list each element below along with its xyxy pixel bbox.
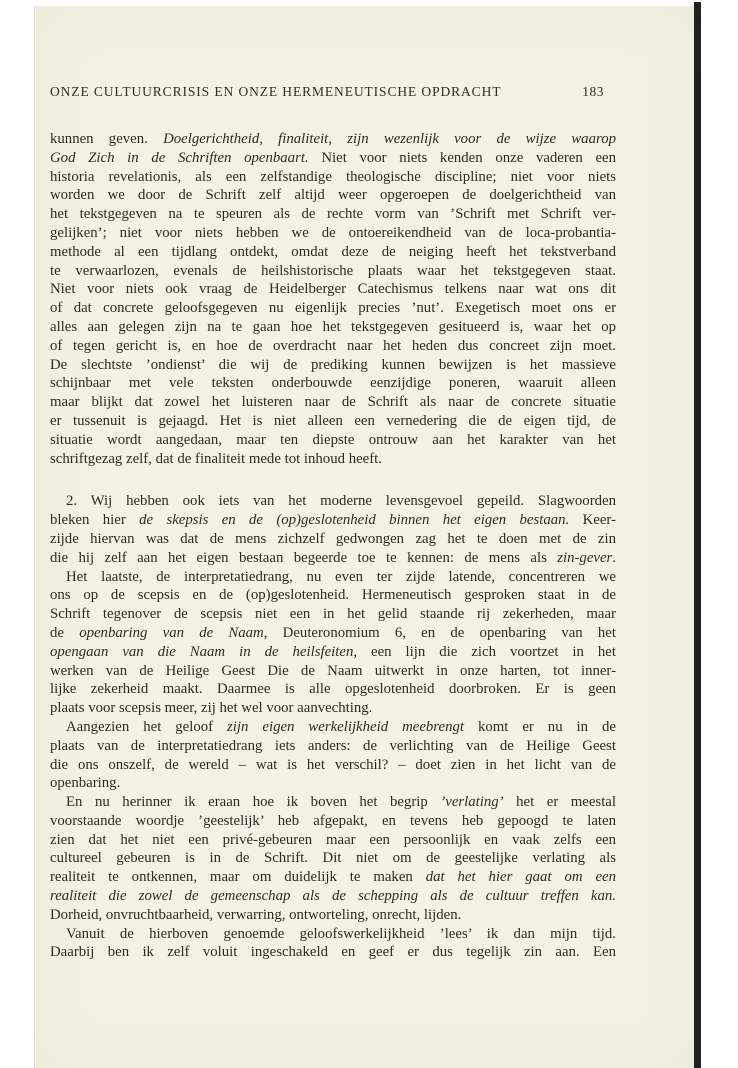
- italic-run: realiteit die zowel de gemeenschap als d…: [50, 888, 616, 904]
- italic-run: zijn eigen werkelijkheid meebrengt: [227, 719, 464, 735]
- text-run: methode al een tijdlang ontdekt, omdat d…: [50, 244, 616, 260]
- text-run: Vanuit de hierboven genoemde geloofswerk…: [66, 926, 616, 942]
- text-run: , een lijn die zich voortzet in het: [353, 644, 616, 660]
- text-run: komt er nu in de: [464, 719, 616, 735]
- text-run: De slechtste ’ondienst’ die wij de predi…: [50, 357, 616, 373]
- text-line: zien dat het niet een privé-gebeuren maa…: [50, 831, 616, 850]
- text-run: schijnbaar met vele teksten onderbouwde …: [50, 375, 616, 391]
- body-text: kunnen geven. Doelgerichtheid, finalitei…: [50, 130, 616, 962]
- text-line: plaats voor scepsis meer, zij het wel vo…: [50, 699, 616, 718]
- text-block: ONZE CULTUURCRISIS EN ONZE HERMENEUTISCH…: [50, 84, 616, 962]
- text-run: er tussenuit is gejaagd. Het is niet all…: [50, 413, 616, 429]
- text-run: werken van de Heilige Geest Die de Naam …: [50, 663, 616, 679]
- italic-run: opengaan van die Naam in de heilsfeiten: [50, 644, 353, 660]
- text-run: historia revelationis, als een zelfstand…: [50, 169, 616, 185]
- text-run: En nu herinner ik eraan hoe ik boven het…: [66, 794, 440, 810]
- text-line: cultureel gebeuren is in de Schrift. Dit…: [50, 849, 616, 868]
- text-line: werken van de Heilige Geest Die de Naam …: [50, 662, 616, 681]
- text-run: plaats voor scepsis meer, zij het wel vo…: [50, 700, 372, 716]
- text-line: Vanuit de hierboven genoemde geloofswerk…: [50, 925, 616, 944]
- text-line: de openbaring van de Naam, Deuteronomium…: [50, 624, 616, 643]
- text-line: het tekstgegeven na te speuren als de re…: [50, 205, 616, 224]
- text-run: bleken hier: [50, 512, 139, 528]
- text-run: .: [612, 550, 616, 566]
- text-line: Niet voor niets ook vraag de Heidelberge…: [50, 280, 616, 299]
- text-line: die hij zelf aan het eigen bestaan begee…: [50, 549, 616, 568]
- text-run: te verwaarlozen, evenals de heilshistori…: [50, 263, 616, 279]
- text-run: schriftgezag zelf, dat de finaliteit med…: [50, 451, 382, 467]
- text-run: Schrift tegenover de scepsis niet een in…: [50, 606, 616, 622]
- text-line: De slechtste ’ondienst’ die wij de predi…: [50, 356, 616, 375]
- italic-run: dat het hier gaat om een: [426, 869, 616, 885]
- text-line: of tegen gericht is, en hoe de overdrach…: [50, 337, 616, 356]
- text-run: gelijken’; niet voor niets hebben we de …: [50, 225, 616, 241]
- text-line: voorstaande woordje ’geestelijk’ heb afg…: [50, 812, 616, 831]
- text-run: het er meestal: [504, 794, 616, 810]
- paragraph: Vanuit de hierboven genoemde geloofswerk…: [50, 925, 616, 963]
- text-run: de: [50, 625, 79, 641]
- running-title: ONZE CULTUURCRISIS EN ONZE HERMENEUTISCH…: [50, 84, 501, 100]
- text-line: Schrift tegenover de scepsis niet een in…: [50, 605, 616, 624]
- text-line: schijnbaar met vele teksten onderbouwde …: [50, 374, 616, 393]
- text-run: Het laatste, de interpretatiedrang, nu e…: [66, 569, 616, 585]
- text-line: Het laatste, de interpretatiedrang, nu e…: [50, 568, 616, 587]
- text-line: bleken hier de skepsis en de (op)geslote…: [50, 511, 616, 530]
- text-line: realiteit die zowel de gemeenschap als d…: [50, 887, 616, 906]
- text-run: lijke zekerheid maakt. Daarmee is alle o…: [50, 681, 616, 697]
- paragraph: 2. Wij hebben ook iets van het moderne l…: [50, 492, 616, 567]
- page-header: ONZE CULTUURCRISIS EN ONZE HERMENEUTISCH…: [50, 84, 616, 100]
- italic-run: God Zich in de Schriften openbaart.: [50, 150, 309, 166]
- text-run: maar blijkt dat zowel het luisteren naar…: [50, 394, 616, 410]
- text-line: methode al een tijdlang ontdekt, omdat d…: [50, 243, 616, 262]
- text-run: realiteit te ontkennen, maar om duidelij…: [50, 869, 426, 885]
- text-line: worden we door de Schrift zelf altijd we…: [50, 186, 616, 205]
- text-line: situatie wordt aangedaan, maar ten dieps…: [50, 431, 616, 450]
- italic-run: ’verlating’: [440, 794, 503, 810]
- text-line: openbaring.: [50, 774, 616, 793]
- text-run: Dorheid, onvruchtbaarheid, verwarring, o…: [50, 907, 461, 923]
- paragraph: En nu herinner ik eraan hoe ik boven het…: [50, 793, 616, 925]
- text-run: Keer-: [569, 512, 616, 528]
- text-run: het tekstgegeven na te speuren als de re…: [50, 206, 616, 222]
- text-run: situatie wordt aangedaan, maar ten dieps…: [50, 432, 616, 448]
- text-run: alles aan gelegen zijn na te gaan hoe he…: [50, 319, 616, 335]
- text-line: En nu herinner ik eraan hoe ik boven het…: [50, 793, 616, 812]
- text-line: historia revelationis, als een zelfstand…: [50, 168, 616, 187]
- text-run: zien dat het niet een privé-gebeuren maa…: [50, 832, 616, 848]
- text-run: of dat concrete geloofsgegeven nu eigenl…: [50, 300, 616, 316]
- text-run: Niet voor niets kenden onze vaderen een: [309, 150, 616, 166]
- text-line: plaats van de interpretatiedrang iets an…: [50, 737, 616, 756]
- text-line: te verwaarlozen, evenals de heilshistori…: [50, 262, 616, 281]
- text-line: lijke zekerheid maakt. Daarmee is alle o…: [50, 680, 616, 699]
- text-run: worden we door de Schrift zelf altijd we…: [50, 187, 616, 203]
- text-line: God Zich in de Schriften openbaart. Niet…: [50, 149, 616, 168]
- text-run: openbaring.: [50, 775, 120, 791]
- text-line: kunnen geven. Doelgerichtheid, finalitei…: [50, 130, 616, 149]
- text-line: opengaan van die Naam in de heilsfeiten,…: [50, 643, 616, 662]
- text-run: Niet voor niets ook vraag de Heidelberge…: [50, 281, 616, 297]
- italic-run: Doelgerichtheid, finaliteit, zijn wezenl…: [163, 131, 616, 147]
- text-run: Daarbij ben ik zelf voluit ingeschakeld …: [50, 944, 616, 960]
- text-run: die ons onszelf, de wereld – wat is het …: [50, 757, 616, 773]
- text-run: kunnen geven.: [50, 131, 163, 147]
- text-line: schriftgezag zelf, dat de finaliteit med…: [50, 450, 616, 469]
- text-line: Dorheid, onvruchtbaarheid, verwarring, o…: [50, 906, 616, 925]
- text-run: cultureel gebeuren is in de Schrift. Dit…: [50, 850, 616, 866]
- paragraph: Het laatste, de interpretatiedrang, nu e…: [50, 568, 616, 718]
- text-run: ons op de scepsis en de (op)geslotenheid…: [50, 587, 616, 603]
- text-line: gelijken’; niet voor niets hebben we de …: [50, 224, 616, 243]
- text-line: er tussenuit is gejaagd. Het is niet all…: [50, 412, 616, 431]
- text-run: plaats van de interpretatiedrang iets an…: [50, 738, 616, 754]
- text-run: voorstaande woordje ’geestelijk’ heb afg…: [50, 813, 616, 829]
- paragraph: Aangezien het geloof zijn eigen werkelij…: [50, 718, 616, 793]
- page-number: 183: [582, 84, 604, 100]
- text-line: Aangezien het geloof zijn eigen werkelij…: [50, 718, 616, 737]
- text-line: realiteit te ontkennen, maar om duidelij…: [50, 868, 616, 887]
- text-line: ons op de scepsis en de (op)geslotenheid…: [50, 586, 616, 605]
- text-run: , Deuteronomium 6, en de openbaring van …: [264, 625, 616, 641]
- text-line: die ons onszelf, de wereld – wat is het …: [50, 756, 616, 775]
- page-edge-line: [694, 2, 701, 1068]
- text-line: zijde hiervan was dat de mens zichzelf g…: [50, 530, 616, 549]
- italic-run: de skepsis en de (op)geslotenheid binnen…: [139, 512, 569, 528]
- text-line: maar blijkt dat zowel het luisteren naar…: [50, 393, 616, 412]
- italic-run: openbaring van de Naam: [79, 625, 264, 641]
- text-run: 2. Wij hebben ook iets van het moderne l…: [66, 493, 616, 509]
- text-run: Aangezien het geloof: [66, 719, 227, 735]
- paragraph: kunnen geven. Doelgerichtheid, finalitei…: [50, 130, 616, 468]
- text-run: die hij zelf aan het eigen bestaan begee…: [50, 550, 557, 566]
- text-line: alles aan gelegen zijn na te gaan hoe he…: [50, 318, 616, 337]
- text-run: of tegen gericht is, en hoe de overdrach…: [50, 338, 616, 354]
- text-run: zijde hiervan was dat de mens zichzelf g…: [50, 531, 616, 547]
- italic-run: zin-gever: [557, 550, 612, 566]
- text-line: Daarbij ben ik zelf voluit ingeschakeld …: [50, 943, 616, 962]
- text-line: of dat concrete geloofsgegeven nu eigenl…: [50, 299, 616, 318]
- text-line: 2. Wij hebben ook iets van het moderne l…: [50, 492, 616, 511]
